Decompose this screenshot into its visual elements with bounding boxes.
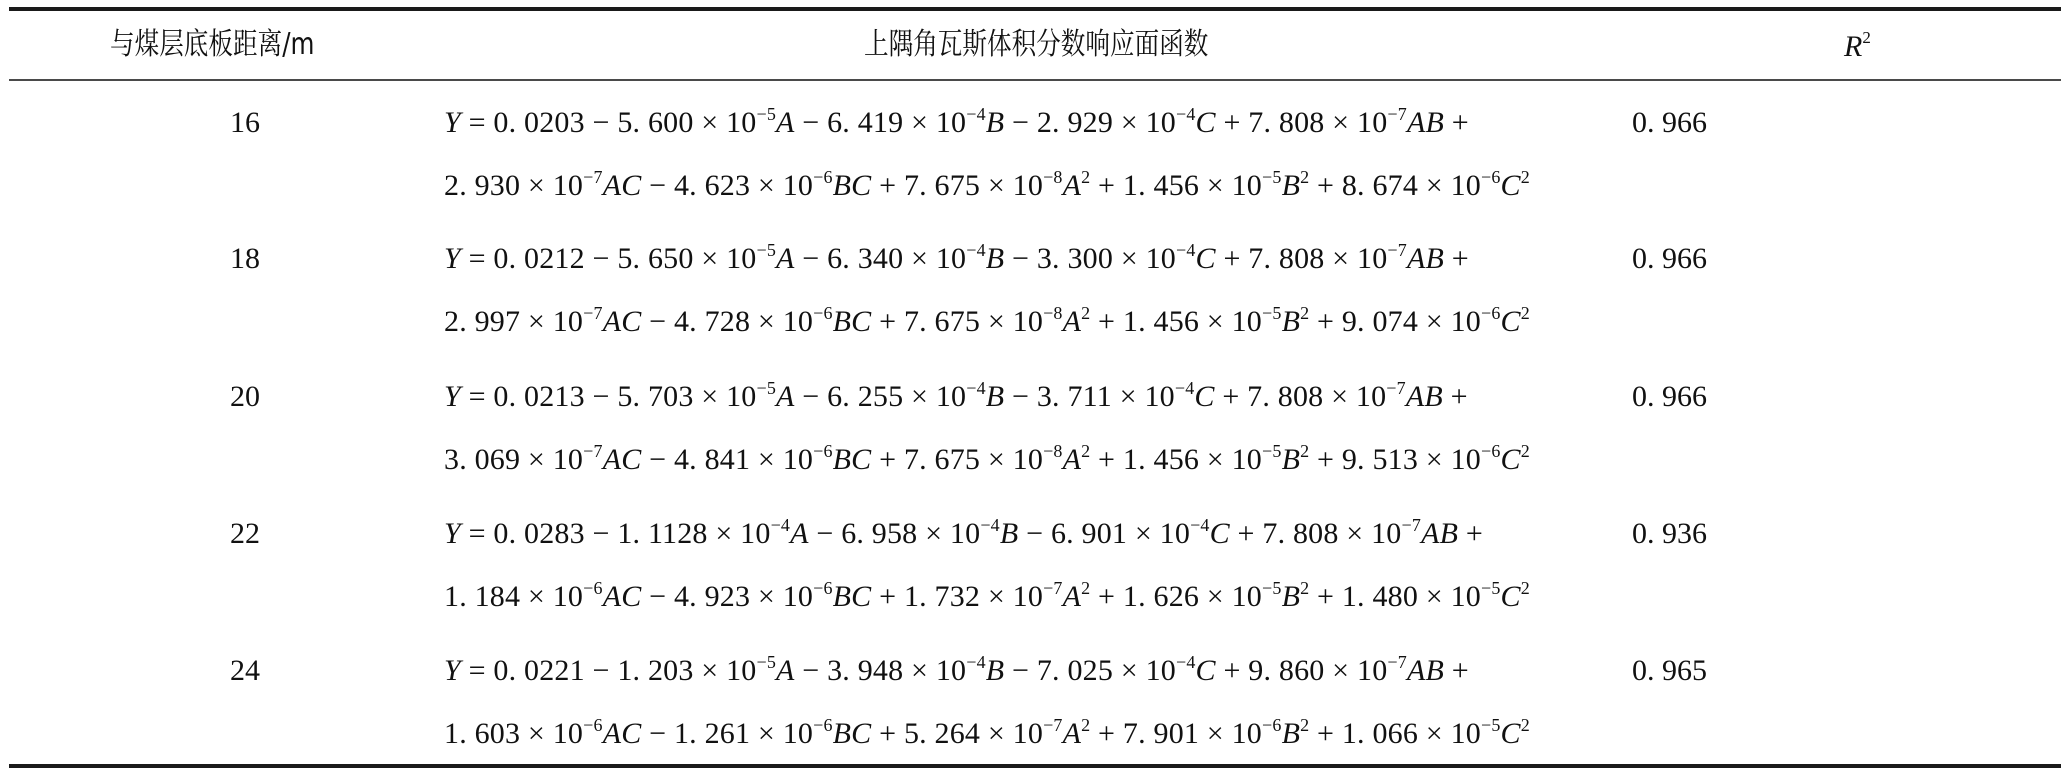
variable: C bbox=[1196, 106, 1216, 139]
variable: A bbox=[776, 106, 795, 139]
variable: Y bbox=[444, 654, 461, 687]
variable: AB bbox=[1407, 106, 1444, 139]
variable: BC bbox=[833, 305, 872, 338]
r2-exponent: 2 bbox=[1862, 28, 1871, 47]
equation-line-1: Y = 0. 0203 − 5. 600 × 10−5A − 6. 419 × … bbox=[444, 108, 1469, 138]
distance-value: 22 bbox=[230, 519, 260, 549]
r-squared-value: 0. 966 bbox=[1632, 244, 1707, 274]
variable: C bbox=[1501, 305, 1521, 338]
variable: AC bbox=[603, 305, 642, 338]
variable: B bbox=[986, 106, 1005, 139]
variable: B bbox=[986, 242, 1005, 275]
variable: C bbox=[1210, 517, 1230, 550]
variable: C bbox=[1501, 443, 1521, 476]
exponent: −5 bbox=[1262, 303, 1282, 323]
table-top-rule bbox=[9, 7, 2061, 11]
header-response-function: 上隅角瓦斯体积分数响应面函数 bbox=[864, 30, 1208, 60]
variable: AC bbox=[603, 580, 642, 613]
exponent: −7 bbox=[1387, 652, 1407, 672]
exponent: −7 bbox=[1387, 104, 1407, 124]
equation-line-2: 2. 930 × 10−7AC − 4. 623 × 10−6BC + 7. 6… bbox=[444, 171, 1530, 201]
variable: A bbox=[1063, 580, 1082, 613]
variable: C bbox=[1196, 242, 1216, 275]
equation-line-1: Y = 0. 0221 − 1. 203 × 10−5A − 3. 948 × … bbox=[444, 656, 1469, 686]
exponent: 2 bbox=[1081, 441, 1090, 461]
variable: C bbox=[1501, 580, 1521, 613]
exponent: −5 bbox=[756, 104, 776, 124]
exponent: −4 bbox=[1190, 515, 1210, 535]
exponent: −5 bbox=[756, 652, 776, 672]
exponent: −4 bbox=[1175, 378, 1195, 398]
equation-line-2: 1. 603 × 10−6AC − 1. 261 × 10−6BC + 5. 2… bbox=[444, 719, 1530, 749]
variable: B bbox=[986, 654, 1005, 687]
variable: C bbox=[1501, 717, 1521, 750]
variable: AB bbox=[1407, 654, 1444, 687]
exponent: −8 bbox=[1043, 303, 1063, 323]
variable: Y bbox=[444, 380, 461, 413]
variable: BC bbox=[833, 169, 872, 202]
exponent: −5 bbox=[756, 378, 776, 398]
exponent: 2 bbox=[1300, 715, 1309, 735]
exponent: −4 bbox=[1176, 104, 1196, 124]
variable: AC bbox=[603, 443, 642, 476]
variable: AC bbox=[603, 169, 642, 202]
exponent: −4 bbox=[1176, 652, 1196, 672]
distance-value: 18 bbox=[230, 244, 260, 274]
r2-base: R bbox=[1844, 30, 1862, 63]
exponent: −6 bbox=[1481, 167, 1501, 187]
exponent: −4 bbox=[966, 240, 986, 260]
variable: Y bbox=[444, 106, 461, 139]
exponent: −5 bbox=[1481, 578, 1501, 598]
exponent: 2 bbox=[1300, 578, 1309, 598]
exponent: −7 bbox=[583, 303, 603, 323]
variable: AC bbox=[603, 717, 642, 750]
variable: A bbox=[790, 517, 809, 550]
equation-line-1: Y = 0. 0212 − 5. 650 × 10−5A − 6. 340 × … bbox=[444, 244, 1469, 274]
exponent: 2 bbox=[1521, 167, 1530, 187]
exponent: −7 bbox=[1402, 515, 1422, 535]
equation-line-1: Y = 0. 0283 − 1. 1128 × 10−4A − 6. 958 ×… bbox=[444, 519, 1483, 549]
exponent: −5 bbox=[756, 240, 776, 260]
exponent: −7 bbox=[1386, 378, 1406, 398]
exponent: 2 bbox=[1081, 715, 1090, 735]
exponent: −7 bbox=[1387, 240, 1407, 260]
variable: C bbox=[1196, 654, 1216, 687]
variable: A bbox=[776, 380, 795, 413]
distance-value: 16 bbox=[230, 108, 260, 138]
exponent: 2 bbox=[1300, 303, 1309, 323]
exponent: −7 bbox=[1043, 715, 1063, 735]
variable: A bbox=[776, 242, 795, 275]
variable: A bbox=[776, 654, 795, 687]
exponent: −5 bbox=[1262, 578, 1282, 598]
exponent: −6 bbox=[813, 303, 833, 323]
exponent: −4 bbox=[966, 104, 986, 124]
exponent: −4 bbox=[966, 652, 986, 672]
exponent: 2 bbox=[1521, 303, 1530, 323]
r-squared-value: 0. 936 bbox=[1632, 519, 1707, 549]
r-squared-value: 0. 966 bbox=[1632, 382, 1707, 412]
variable: B bbox=[1000, 517, 1019, 550]
exponent: 2 bbox=[1081, 167, 1090, 187]
variable: AB bbox=[1406, 380, 1443, 413]
exponent: −5 bbox=[1262, 167, 1282, 187]
variable: A bbox=[1063, 305, 1082, 338]
exponent: −6 bbox=[1481, 441, 1501, 461]
exponent: −6 bbox=[813, 441, 833, 461]
exponent: −6 bbox=[813, 715, 833, 735]
exponent: −7 bbox=[583, 167, 603, 187]
variable: B bbox=[986, 380, 1005, 413]
variable: Y bbox=[444, 517, 461, 550]
variable: A bbox=[1063, 717, 1082, 750]
variable: A bbox=[1063, 169, 1082, 202]
exponent: −8 bbox=[1043, 167, 1063, 187]
exponent: 2 bbox=[1521, 578, 1530, 598]
variable: C bbox=[1501, 169, 1521, 202]
exponent: −6 bbox=[813, 578, 833, 598]
exponent: −4 bbox=[980, 515, 1000, 535]
exponent: −6 bbox=[583, 578, 603, 598]
exponent: −4 bbox=[1176, 240, 1196, 260]
variable: B bbox=[1282, 443, 1301, 476]
variable: B bbox=[1282, 580, 1301, 613]
variable: BC bbox=[833, 443, 872, 476]
exponent: 2 bbox=[1300, 441, 1309, 461]
distance-value: 20 bbox=[230, 382, 260, 412]
variable: A bbox=[1063, 443, 1082, 476]
exponent: −8 bbox=[1043, 441, 1063, 461]
exponent: −6 bbox=[813, 167, 833, 187]
r-squared-value: 0. 966 bbox=[1632, 108, 1707, 138]
variable: B bbox=[1282, 305, 1301, 338]
exponent: 2 bbox=[1300, 167, 1309, 187]
exponent: −7 bbox=[1043, 578, 1063, 598]
equation-line-2: 2. 997 × 10−7AC − 4. 728 × 10−6BC + 7. 6… bbox=[444, 307, 1530, 337]
header-r-squared: R2 bbox=[1844, 29, 1871, 62]
distance-value: 24 bbox=[230, 656, 260, 686]
exponent: −5 bbox=[1481, 715, 1501, 735]
table-bottom-rule bbox=[9, 764, 2061, 768]
equation-line-2: 1. 184 × 10−6AC − 4. 923 × 10−6BC + 1. 7… bbox=[444, 582, 1530, 612]
header-rule bbox=[9, 79, 2061, 81]
variable: AB bbox=[1421, 517, 1458, 550]
variable: B bbox=[1282, 717, 1301, 750]
exponent: −7 bbox=[583, 441, 603, 461]
exponent: −6 bbox=[583, 715, 603, 735]
exponent: 2 bbox=[1521, 715, 1530, 735]
equation-line-2: 3. 069 × 10−7AC − 4. 841 × 10−6BC + 7. 6… bbox=[444, 445, 1530, 475]
equation-line-1: Y = 0. 0213 − 5. 703 × 10−5A − 6. 255 × … bbox=[444, 382, 1468, 412]
exponent: −5 bbox=[1262, 441, 1282, 461]
header-distance: 与煤层底板距离/m bbox=[110, 30, 314, 60]
variable: BC bbox=[833, 717, 872, 750]
r-squared-value: 0. 965 bbox=[1632, 656, 1707, 686]
variable: AB bbox=[1407, 242, 1444, 275]
exponent: 2 bbox=[1081, 303, 1090, 323]
exponent: 2 bbox=[1081, 578, 1090, 598]
exponent: −6 bbox=[1262, 715, 1282, 735]
exponent: −6 bbox=[1481, 303, 1501, 323]
variable: Y bbox=[444, 242, 461, 275]
exponent: −4 bbox=[966, 378, 986, 398]
variable: BC bbox=[833, 580, 872, 613]
variable: C bbox=[1194, 380, 1214, 413]
exponent: −4 bbox=[771, 515, 791, 535]
variable: B bbox=[1282, 169, 1301, 202]
exponent: 2 bbox=[1521, 441, 1530, 461]
